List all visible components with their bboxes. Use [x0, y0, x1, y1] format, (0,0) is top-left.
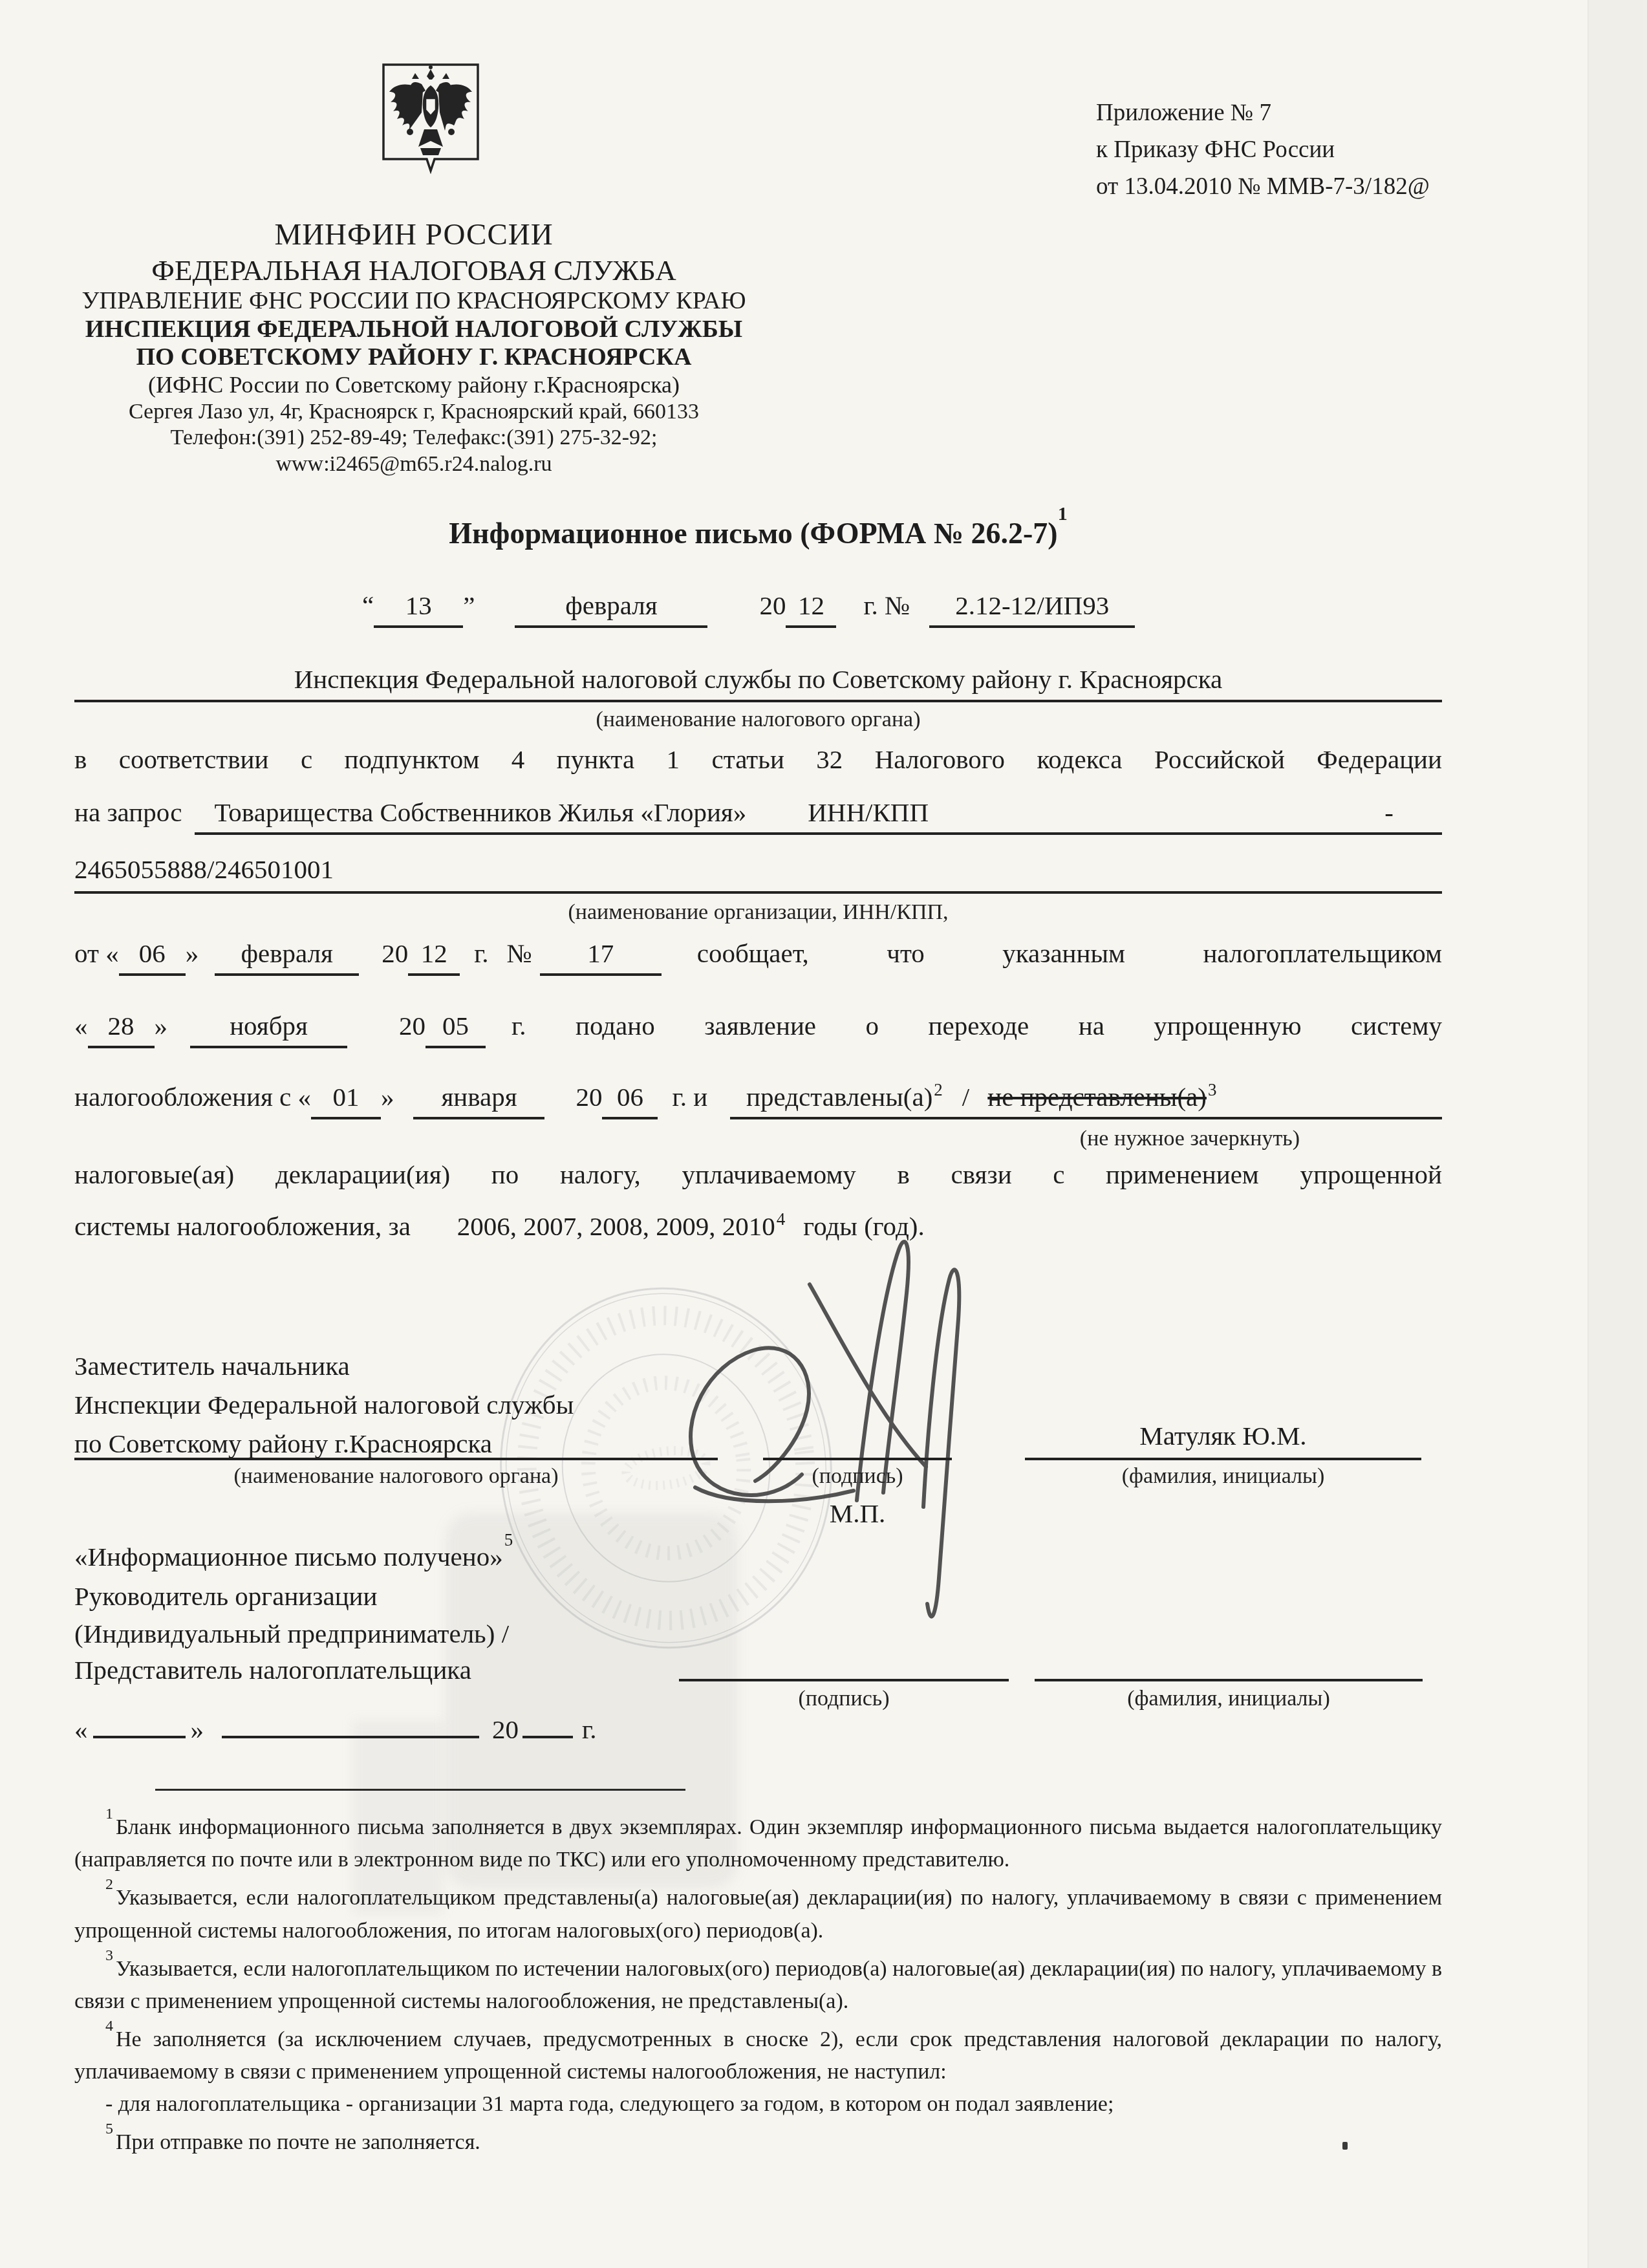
name-rule: [1025, 1458, 1421, 1460]
innkpp-value-line: 2465055888/246501001: [74, 854, 1442, 894]
coat-of-arms: [378, 61, 483, 174]
applied-day-field: 28: [88, 1010, 155, 1048]
appendix-note: Приложение № 7 к Приказу ФНС России от 1…: [1096, 94, 1613, 205]
accordance-line: в соответствии с подпунктом 4 пункта 1 с…: [74, 744, 1442, 775]
date-line: “ 13 ” февраля 20 12 г. № 2.12-12/ИП93: [362, 590, 1135, 628]
presented-option: представлены(а): [746, 1081, 932, 1112]
phone-line: Телефон:(391) 252-89-49; Телефакс:(391) …: [78, 425, 750, 451]
footnote-4-text: Не заполняется (за исключением случаев, …: [74, 2027, 1442, 2084]
year-field: 12: [786, 590, 836, 628]
applied-month-field: ноября: [190, 1010, 347, 1048]
tax-authority-caption: (наименование налогового органа): [74, 707, 1442, 732]
footnote-3-ref: 3: [105, 1947, 116, 1964]
received-title: «Информационное письмо получено»5: [74, 1540, 514, 1572]
footnote-ref-2: 2: [932, 1080, 944, 1100]
dash-mark: -: [1384, 797, 1394, 828]
tax-authority-line: Инспекция Федеральной налоговой службы п…: [74, 664, 1442, 702]
from-number-field: 17: [540, 938, 662, 976]
footnote-1: 1Бланк информационного письма заполняетс…: [74, 1806, 1442, 1876]
from-year-field: 12: [408, 938, 460, 976]
slash-separator: /: [962, 1081, 969, 1112]
scanned-tax-letter-page: Приложение № 7 к Приказу ФНС России от 1…: [0, 0, 1647, 2268]
double-headed-eagle-icon: [378, 61, 483, 174]
signer-post-line-1: Заместитель начальника: [74, 1350, 350, 1381]
document-title: Информационное письмо (ФОРМА № 26.2-7)1: [74, 516, 1442, 550]
received-name-rule: [1035, 1679, 1423, 1681]
applied-close-quote: »: [155, 1010, 168, 1041]
from-month-field: февраля: [215, 938, 359, 976]
application-date-line: « 28 » ноября 20 05 г. подано заявление …: [74, 1010, 1442, 1048]
footnote-3-text: Указывается, если налогоплательщиком по …: [74, 1957, 1442, 2013]
received-line-3: Представитель налогоплательщика: [74, 1654, 471, 1685]
letterhead: МИНФИН РОССИИ ФЕДЕРАЛЬНАЯ НАЛОГОВАЯ СЛУЖ…: [78, 215, 750, 478]
day-field: 13: [374, 590, 463, 628]
footnote-3: 3Указывается, если налогоплательщиком по…: [74, 1947, 1442, 2018]
request-date-line: от « 06 » февраля 20 12 г. № 17 сообщает…: [74, 938, 1442, 976]
footnote-1-ref: 1: [105, 1806, 116, 1822]
innkpp-label: ИНН/КПП: [808, 797, 929, 828]
ministry-name: МИНФИН РОССИИ: [78, 215, 750, 254]
appendix-line-3: от 13.04.2010 № ММВ-7-3/182@: [1096, 168, 1613, 205]
received-date-century: 20: [492, 1714, 519, 1745]
applied-open-quote: «: [74, 1010, 88, 1041]
paper-seam-shade: [1589, 0, 1647, 2268]
handwritten-signature: [640, 1203, 1002, 1656]
received-date-day-blank: [93, 1731, 186, 1738]
received-date-year-blank: [522, 1731, 573, 1738]
service-name: ФЕДЕРАЛЬНАЯ НАЛОГОВАЯ СЛУЖБА: [78, 254, 750, 286]
applied-century: 20: [399, 1010, 425, 1041]
footnote-4: 4Не заполняется (за исключением случаев,…: [74, 2018, 1442, 2088]
inspection-name-2: ПО СОВЕТСКОМУ РАЙОНУ Г. КРАСНОЯРСКА: [78, 343, 750, 371]
received-date-line: « » 20 г.: [74, 1714, 656, 1745]
footnote-4-ref: 4: [105, 2018, 116, 2035]
number-label: г. №: [863, 590, 910, 621]
from-century: 20: [382, 938, 408, 969]
month-field: февраля: [515, 590, 707, 628]
received-date-open-quote: «: [74, 1714, 88, 1745]
org-rule-caption: (наименование налогового органа): [74, 1464, 718, 1489]
signature-rule-caption: (подпись): [763, 1464, 952, 1489]
organization-name-value: Товарищества Собственников Жилья «Глория…: [214, 797, 746, 828]
received-signature-rule: [679, 1679, 1009, 1681]
received-signature-caption: (подпись): [679, 1687, 1009, 1711]
declarations-line: налоговые(ая) декларации(ия) по налогу, …: [74, 1159, 1442, 1190]
appendix-line-1: Приложение № 7: [1096, 94, 1613, 131]
signer-post-line-2: Инспекции Федеральной налоговой службы: [74, 1389, 574, 1420]
taxation-prefix: налогообложения с «: [74, 1081, 311, 1112]
signer-name: Матуляк Ю.М.: [1025, 1420, 1421, 1451]
request-line: на запрос Товарищества Собственников Жил…: [74, 797, 1442, 835]
usn-year-field: 06: [602, 1081, 658, 1119]
received-line-1: Руководитель организации: [74, 1581, 377, 1612]
footnote-2: 2Указывается, если налогоплательщиком пр…: [74, 1876, 1442, 1947]
from-label: от «: [74, 938, 119, 969]
footnote-5-ref: 5: [105, 2121, 116, 2137]
received-date-close-quote: »: [191, 1714, 204, 1745]
organization-caption: (наименование организации, ИНН/КПП,: [74, 900, 1442, 925]
footnote-2-ref: 2: [105, 1876, 116, 1893]
from-no-label: №: [507, 938, 532, 969]
not-presented-option-struck: не представлены(а): [987, 1081, 1207, 1112]
web-line: www:i2465@m65.r24.nalog.ru: [78, 451, 750, 478]
usn-century: 20: [576, 1081, 602, 1112]
usn-day-field: 01: [311, 1081, 381, 1119]
years-prefix: системы налогообложения, за: [74, 1211, 411, 1242]
footnotes: 1Бланк информационного письма заполняетс…: [74, 1806, 1442, 2159]
century-label: 20: [759, 590, 786, 621]
usn-close-quote: »: [381, 1081, 394, 1112]
received-line-2: (Индивидуальный предприниматель) /: [74, 1618, 509, 1649]
received-title-text: «Информационное письмо получено»: [74, 1542, 503, 1571]
name-rule-caption: (фамилия, инициалы): [1025, 1464, 1421, 1489]
open-quote: “: [362, 590, 374, 621]
informs-text: сообщает, что указанным налогоплательщик…: [697, 938, 1442, 969]
inspection-name-1: ИНСПЕКЦИЯ ФЕДЕРАЛЬНОЙ НАЛОГОВОЙ СЛУЖБЫ: [78, 316, 750, 343]
footnote-1-text: Бланк информационного письма заполняется…: [74, 1815, 1442, 1872]
usn-mid-text: г. и: [672, 1081, 707, 1112]
title-text: Информационное письмо (ФОРМА № 26.2-7): [449, 517, 1057, 550]
applied-year-field: 05: [425, 1010, 486, 1048]
from-day-field: 06: [119, 938, 186, 976]
cross-out-note: (не нужное зачеркнуть): [1009, 1127, 1371, 1151]
from-close-quote: »: [186, 938, 199, 969]
letter-number-field: 2.12-12/ИП93: [929, 590, 1135, 628]
address-line: Сергея Лазо ул, 4г, Красноярск г, Красно…: [78, 399, 750, 425]
close-quote: ”: [463, 590, 475, 621]
footnote-separator: [155, 1789, 685, 1791]
appendix-line-2: к Приказу ФНС России: [1096, 131, 1613, 168]
signature-rule: [763, 1458, 952, 1460]
signature-strokes-icon: [640, 1203, 1002, 1656]
received-date-g-label: г.: [582, 1714, 596, 1745]
presented-choice-field: представлены(а)2 / не представлены(а)3: [730, 1081, 1442, 1119]
usn-start-line: налогообложения с « 01 » января 20 06 г.…: [74, 1081, 1442, 1119]
inspection-short-name: (ИФНС России по Советскому району г.Крас…: [78, 371, 750, 399]
received-date-month-blank: [222, 1731, 479, 1738]
stamp-place-label: М.П.: [763, 1498, 952, 1529]
footnote-ref-5: 5: [503, 1530, 515, 1550]
from-g-label: г.: [474, 938, 488, 969]
regional-office: УПРАВЛЕНИЕ ФНС РОССИИ ПО КРАСНОЯРСКОМУ К…: [78, 286, 750, 316]
request-label: на запрос: [74, 797, 182, 828]
title-footnote-ref: 1: [1058, 503, 1068, 524]
footnote-ref-3: 3: [1207, 1080, 1218, 1100]
request-field: Товарищества Собственников Жилья «Глория…: [195, 797, 1442, 835]
usn-month-field: января: [413, 1081, 544, 1119]
application-text: г. подано заявление о переходе на упроще…: [511, 1010, 1442, 1041]
footnote-4-sub: - для налогоплательщика - организации 31…: [74, 2088, 1442, 2121]
footnote-5: 5При отправке по почте не заполняется.: [74, 2121, 1442, 2159]
footnote-2-text: Указывается, если налогоплательщиком пре…: [74, 1886, 1442, 1943]
footnote-5-text: При отправке по почте не заполняется.: [116, 2131, 480, 2155]
org-name-rule: [74, 1458, 718, 1460]
signer-post-line-3: по Советскому району г.Красноярска: [74, 1428, 492, 1459]
received-name-caption: (фамилия, инициалы): [1035, 1687, 1423, 1711]
